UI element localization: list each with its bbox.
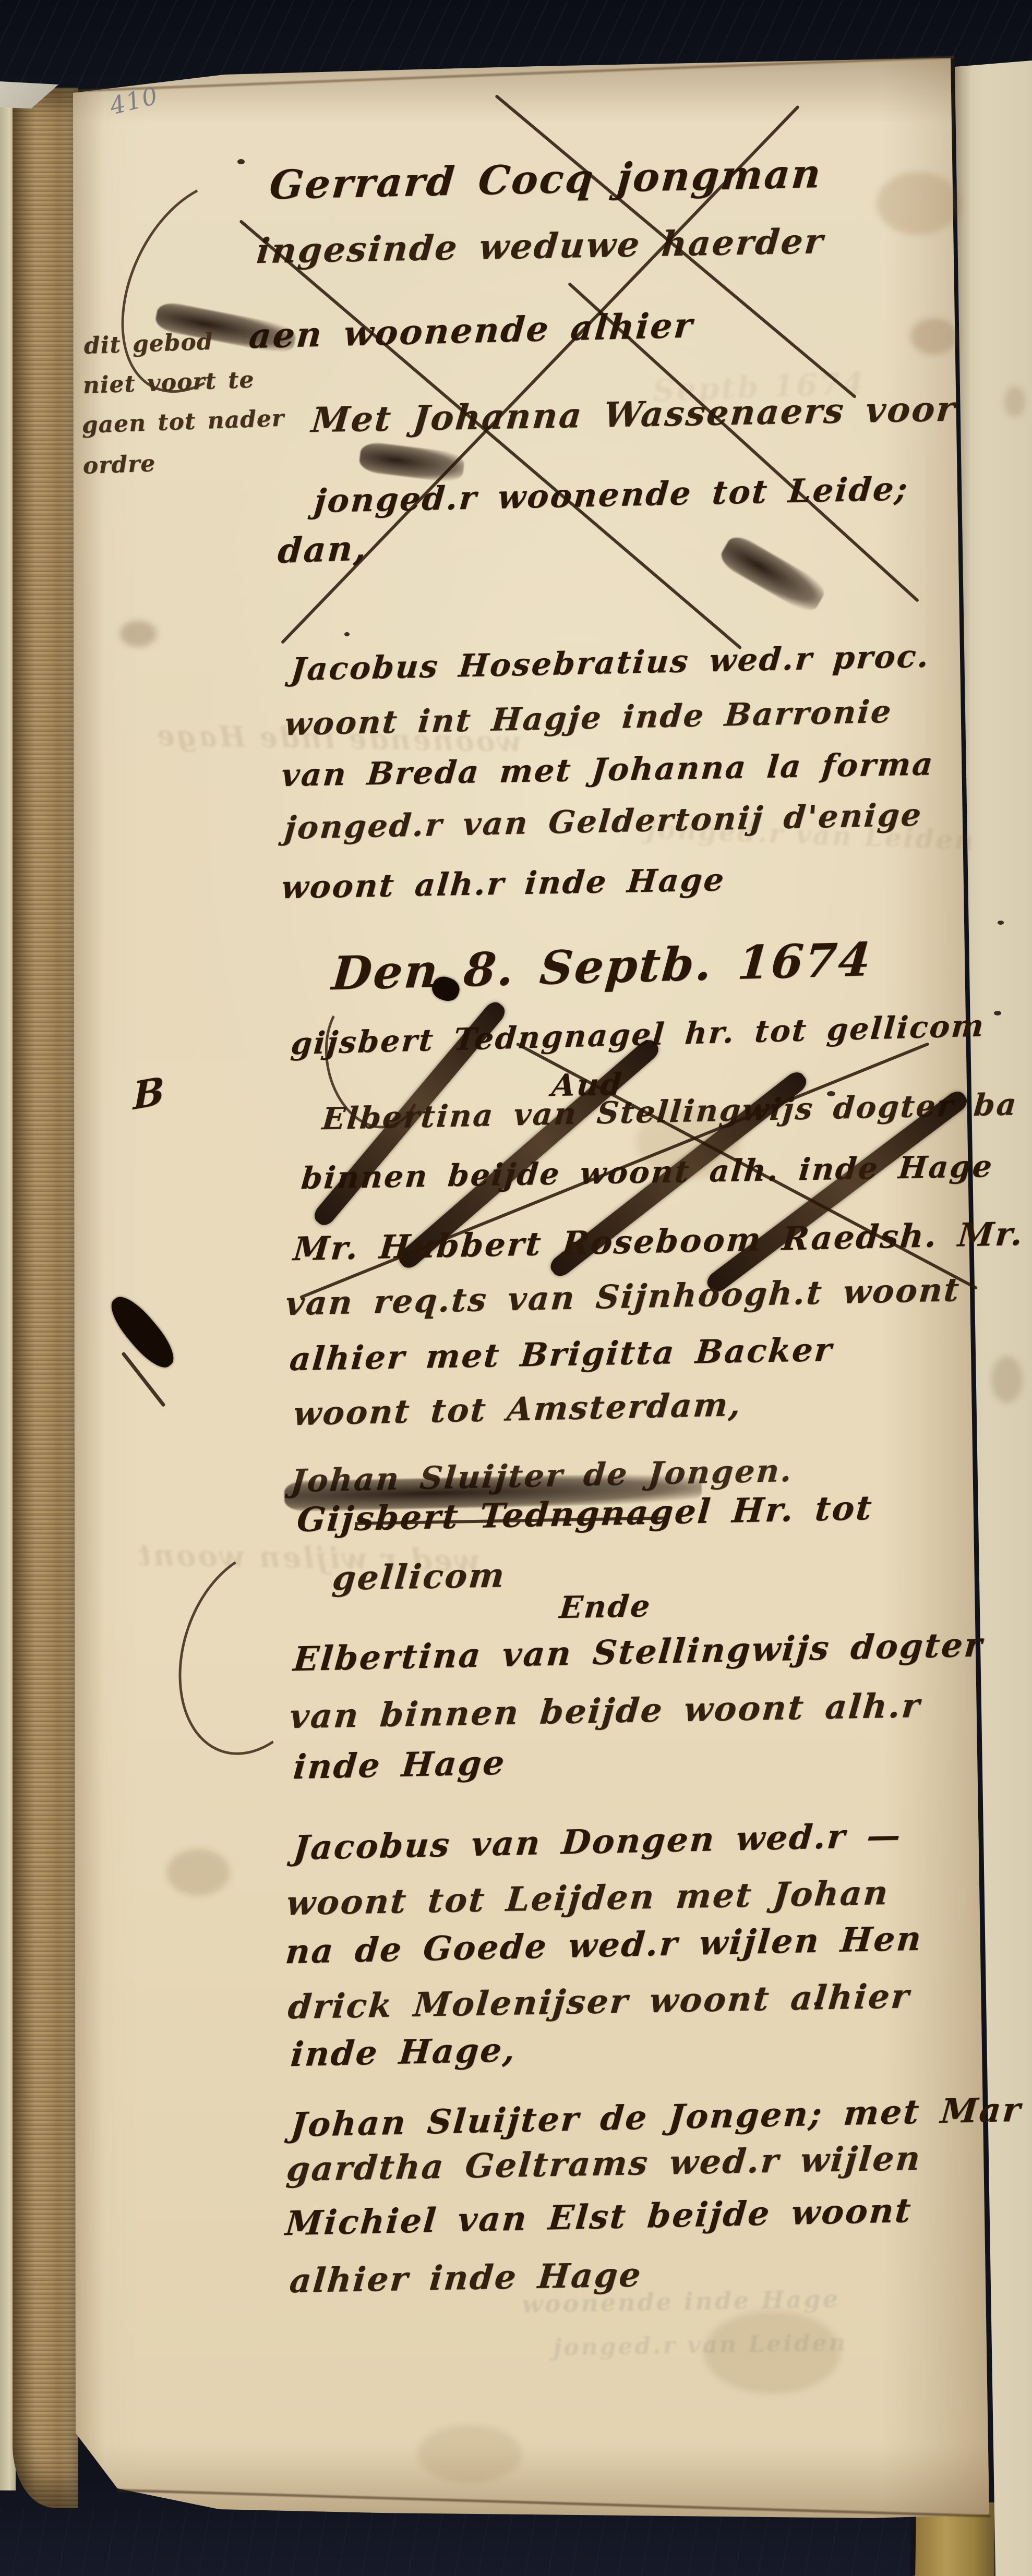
margin-note-line: gaen tot nader (81, 407, 285, 437)
manuscript-line: dan, (277, 530, 368, 568)
stain (167, 1849, 230, 1896)
book-cover-background-bottom (0, 2508, 1032, 2576)
ink-speck (998, 921, 1004, 925)
manuscript-line: alhier inde Hage (288, 2258, 643, 2298)
ink-speck (994, 1011, 1001, 1015)
stain (120, 621, 157, 647)
manuscript-line: Gerrard Cocq jongman (268, 154, 824, 205)
manuscript-line: inde Hage (292, 1746, 507, 1784)
ink-speck (237, 159, 245, 164)
manuscript-line: gellicom (331, 1559, 507, 1595)
margin-note-line: dit gebod (83, 330, 213, 358)
show-through-pencil: jonged.r van Leiden (553, 2331, 848, 2360)
date-heading: Den 8. Septb. 1674 (330, 936, 873, 996)
manuscript-line: inde Hage, (290, 2034, 518, 2072)
manuscript-line: woont tot Amsterdam, (292, 1388, 743, 1430)
page-edge-stack (13, 88, 78, 2508)
stain (417, 2425, 522, 2483)
stain (1004, 386, 1025, 417)
margin-mark: B (133, 1071, 166, 1115)
margin-note-line: ordre (82, 452, 156, 478)
ink-speck (814, 2002, 820, 2006)
stain (910, 318, 957, 355)
manuscript-line: woont tot Leijden met Johan (285, 1877, 891, 1920)
ink-speck (827, 1091, 835, 1096)
manuscript-line: woont alh.r inde Hage (280, 864, 727, 903)
ink-speck (344, 632, 350, 636)
margin-note-line: niet voort te (82, 369, 255, 397)
manuscript-scan: woonende inde Hage jonged.r van Leiden w… (0, 0, 1032, 2576)
stain (991, 1356, 1023, 1403)
manuscript-line: alhier met Brigitta Backer (289, 1334, 835, 1375)
manuscript-line: Met Johanna Wassenaers voor (310, 391, 957, 437)
manuscript-line: ingesinde weduwe haerder (255, 224, 825, 268)
manuscript-line: Ende (558, 1591, 653, 1623)
manuscript-line: aen woonende alhier (248, 308, 695, 353)
stain (877, 172, 960, 235)
